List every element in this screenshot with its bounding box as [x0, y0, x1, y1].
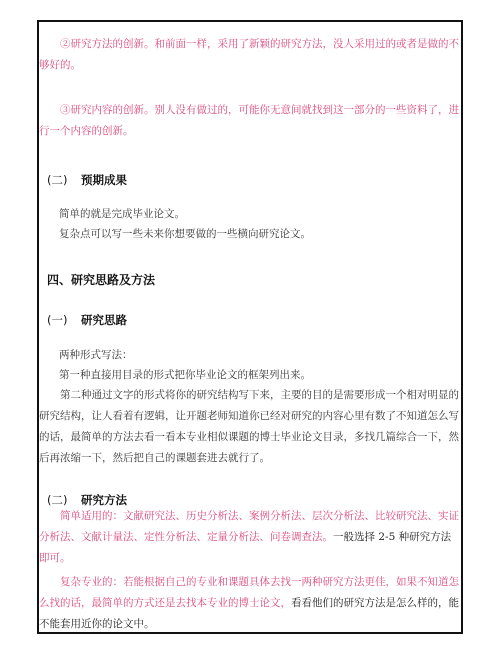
- research-method-simple-line-1: 简单适用的：文献研究法、历史分析法、案例分析法、层次分析法、比较研究法、实证: [39, 506, 463, 527]
- document-frame: ②研究方法的创新。和前面一样，采用了新颖的研究方法，没人采用过的或者是做的不 够…: [37, 20, 463, 634]
- expected-results-line-2: 复杂点可以写一些未来你想要做的一些横向研究论文。: [59, 224, 311, 244]
- section-4-heading: 四、研究思路及方法: [47, 271, 155, 288]
- research-method-simple-line-2: 分析法、文献计量法、定性分析法、定量分析法、问卷调查法。一般选择 2-5 种研究…: [39, 527, 463, 548]
- research-method-simple-line-2-black: 一般选择 2-5 种研究方法: [333, 531, 451, 543]
- research-method-title: 研究方法: [81, 493, 127, 507]
- expected-results-number: (二): [47, 172, 81, 188]
- research-method-simple-paragraph: 简单适用的：文献研究法、历史分析法、案例分析法、层次分析法、比较研究法、实证 分…: [39, 506, 463, 569]
- expected-results-line-1: 简单的就是完成毕业论文。: [59, 204, 185, 224]
- research-method-simple-line-3: 即可。: [39, 548, 463, 569]
- innovation-method-line-1: ②研究方法的创新。和前面一样，采用了新颖的研究方法，没人采用过的或者是做的不: [39, 34, 463, 55]
- innovation-method-line-2: 够好的。: [39, 55, 463, 76]
- research-idea-p2-line-3: 的话，最简单的方法去看一看本专业相似课题的博士毕业论文目录，多找几篇综合一下，然: [39, 427, 463, 448]
- expected-results-title: 预期成果: [81, 173, 127, 187]
- research-method-complex-paragraph: 复杂专业的：若能根据自己的专业和课题具体去找一两种研究方法更佳，如果不知道怎 么…: [39, 572, 463, 634]
- innovation-content-paragraph: ③研究内容的创新。别人没有做过的，可能你无意间就找到这一部分的一些资料了，进 行…: [39, 100, 463, 142]
- research-method-complex-line-3: 不能套用近你的论文中。: [39, 614, 463, 634]
- research-idea-title: 研究思路: [81, 313, 127, 327]
- research-method-complex-line-1: 复杂专业的：若能根据自己的专业和课题具体去找一两种研究方法更佳，如果不知道怎: [39, 572, 463, 593]
- research-idea-p2-line-1: 第二种通过文字的形式将你的研究结构写下来，主要的目的是需要形成一个相对明显的: [39, 385, 463, 406]
- research-method-simple-line-2-pink: 分析法、文献计量法、定性分析法、定量分析法、问卷调查法。: [39, 531, 333, 543]
- innovation-method-paragraph: ②研究方法的创新。和前面一样，采用了新颖的研究方法，没人采用过的或者是做的不 够…: [39, 34, 463, 76]
- research-method-complex-line-2: 么找的话，最简单的方式还是去找本专业的博士论文，看看他们的研究方法是怎么样的，能: [39, 593, 463, 614]
- innovation-content-line-1: ③研究内容的创新。别人没有做过的，可能你无意间就找到这一部分的一些资料了，进: [39, 100, 463, 121]
- research-idea-paragraph-2: 第二种通过文字的形式将你的研究结构写下来，主要的目的是需要形成一个相对明显的 研…: [39, 385, 463, 469]
- expected-results-heading: (二)预期成果: [47, 172, 127, 188]
- research-method-complex-line-2-black: 看看他们的研究方法是怎么样的，能: [291, 597, 459, 609]
- research-idea-line-1: 两种形式写法：: [59, 345, 133, 365]
- research-idea-number: (一): [47, 312, 81, 328]
- research-idea-heading: (一)研究思路: [47, 312, 127, 328]
- research-idea-line-2: 第一种直接用目录的形式把你毕业论文的框架列出来。: [59, 365, 311, 385]
- research-idea-p2-line-2: 研究结构，让人看着有逻辑，让开题老师知道你已经对研究的内容心里有数了不知道怎么写: [39, 406, 463, 427]
- innovation-content-line-2: 行一个内容的创新。: [39, 121, 463, 142]
- research-method-complex-line-2-pink: 么找的话，最简单的方式还是去找本专业的博士论文，: [39, 597, 291, 609]
- research-idea-p2-line-4: 后再浓缩一下，然后把自己的课题套进去就行了。: [39, 448, 463, 469]
